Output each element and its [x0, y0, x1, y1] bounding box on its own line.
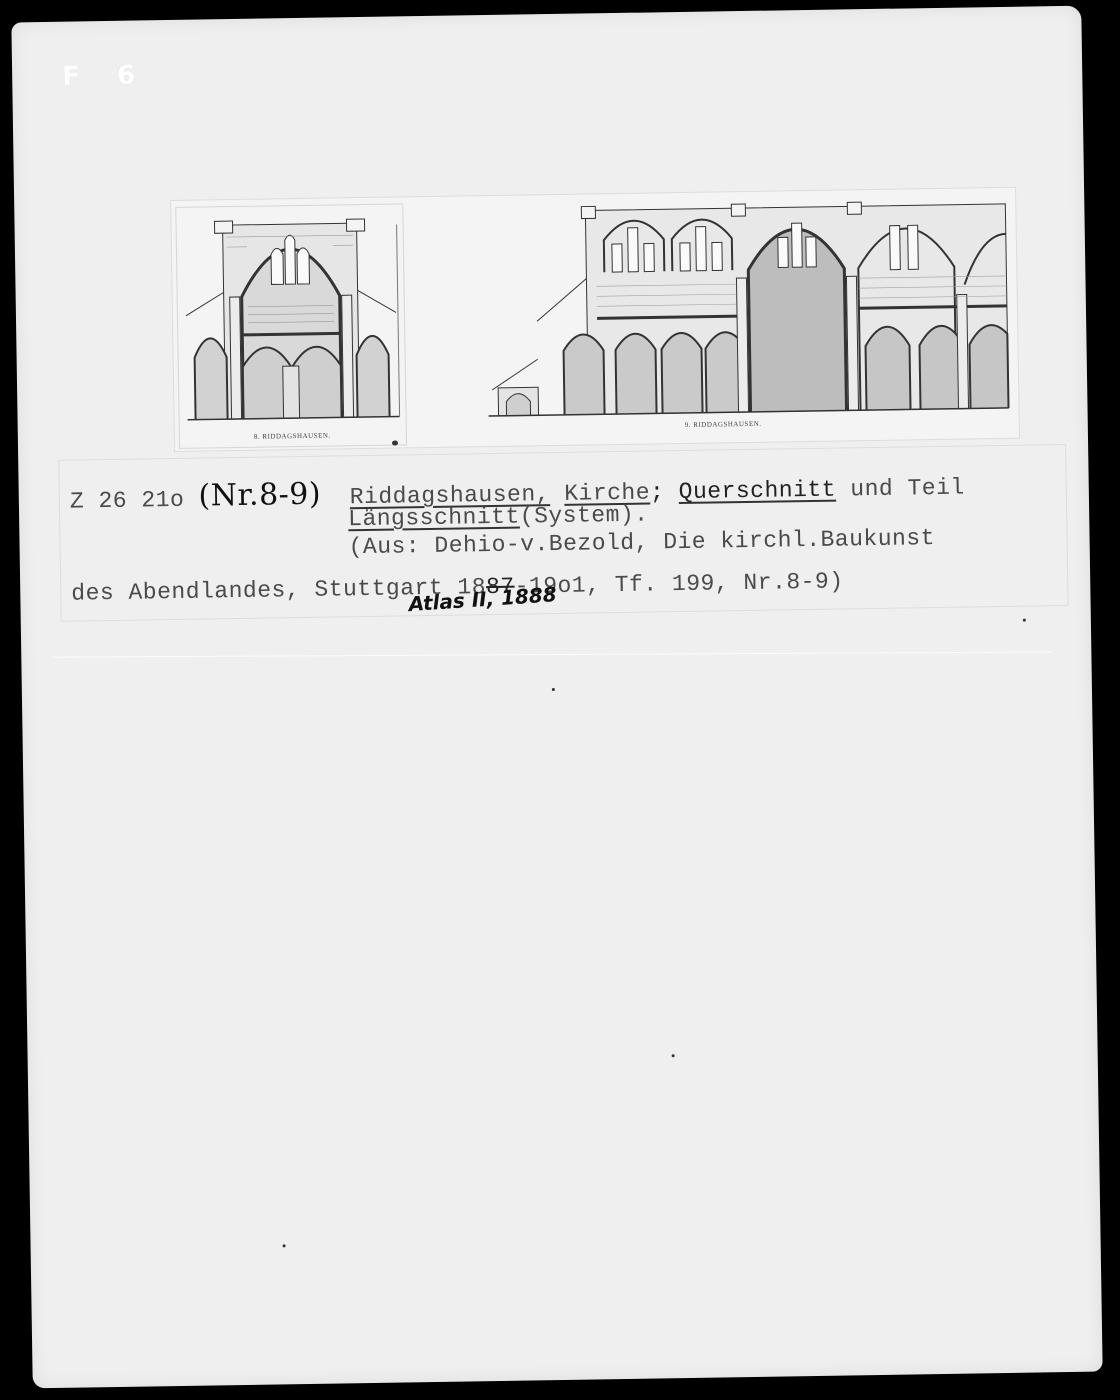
speck	[283, 1244, 286, 1247]
view-cross-section: Querschnitt	[678, 477, 836, 505]
speck	[1023, 619, 1026, 622]
speck	[552, 688, 555, 691]
archive-card: F 6	[11, 6, 1102, 1389]
longitudinal-section-drawing	[485, 194, 1016, 424]
figure-9-longitudinal-section: 9. RIDDAGSHAUSEN.	[485, 194, 1017, 442]
catalog-label: Z 26 21o (Nr.8-9) Riddagshausen, Kirche;…	[58, 444, 1068, 622]
source-text-b: -19o1, Tf. 199, Nr.8-9)	[514, 568, 843, 599]
card-id-mark: F 6	[62, 60, 149, 91]
figure-8-cross-section: 8. RIDDAGSHAUSEN.	[175, 203, 407, 449]
catalog-number: Z 26 21o	[70, 487, 185, 515]
figure-ref: (Nr.8-9)	[198, 477, 321, 514]
cross-section-drawing	[176, 204, 405, 430]
label-line-2: Längsschnitt(System).	[348, 502, 649, 533]
figure-8-caption: 8. RIDDAGSHAUSEN.	[254, 432, 331, 441]
view-longitudinal-section: Längsschnitt	[348, 504, 520, 533]
figure-9-caption: 9. RIDDAGSHAUSEN.	[685, 420, 762, 429]
connector: und Teil	[850, 475, 965, 503]
drawing-plate: 8. RIDDAGSHAUSEN.	[170, 187, 1020, 452]
separator: ;	[650, 479, 665, 505]
film-scratch	[51, 651, 1051, 657]
system-note: (System).	[520, 502, 649, 530]
speck	[672, 1054, 675, 1057]
speck	[392, 440, 398, 445]
